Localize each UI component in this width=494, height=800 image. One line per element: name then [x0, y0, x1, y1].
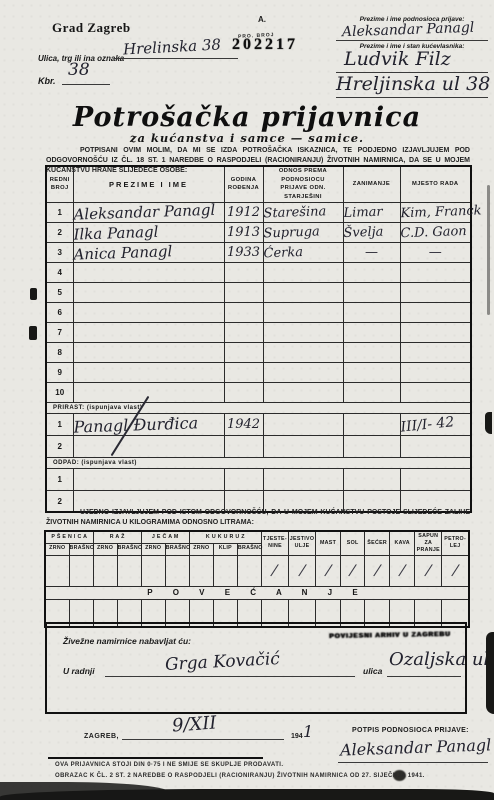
member-year-cell: 1912: [224, 202, 263, 222]
col-header-occupation: ZANIMANJE: [343, 166, 400, 202]
member-occupation-cell: [343, 342, 400, 362]
applicant-handwriting: Aleksandar Panagl: [342, 20, 475, 41]
increase-band: P O V E Ć A N J E: [45, 586, 469, 599]
member-workplace-cell: [400, 302, 471, 322]
group-kukuruz: K U K U R U Z: [189, 531, 261, 543]
sub-brasno: BRAŠNO: [237, 543, 261, 555]
group-psenica: P Š E N I C A: [45, 531, 93, 543]
city-heading: Grad Zagreb: [52, 20, 131, 36]
member-relation-cell: [263, 302, 343, 322]
supplies-intro-paragraph: UJEDNO IZJAVLJUJEM POD ISTOM ODGOVORNOŠĆ…: [46, 508, 470, 528]
member-relation-cell: [263, 262, 343, 282]
supply-cell: [93, 555, 117, 586]
members-header-row: REDNI BROJ PREZIME I IME GODINA ROĐENJA …: [46, 166, 471, 202]
prirast-name-cell: Panagl Đurđica: [73, 411, 225, 438]
sub-klip: KLIP: [213, 543, 237, 555]
row-number: 8: [46, 342, 73, 362]
prirast-occupation-cell: [343, 435, 400, 457]
odpad-row: 1: [46, 468, 471, 490]
supply-cell: /: [289, 555, 316, 586]
col-header-relation: ODNOS PREMA PODNOSIOCU PRIJAVE ODN. STAR…: [263, 166, 343, 202]
landlord-handwriting: Ludvik Filz: [344, 48, 451, 70]
member-name-cell: [73, 342, 224, 362]
supply-cell: /: [316, 555, 341, 586]
shop-street-label: ulica: [363, 666, 382, 676]
form-subtitle: za kućanstva i samce — samice.: [0, 131, 494, 145]
member-row: 9: [46, 362, 471, 382]
date-line: 9/XII: [122, 718, 284, 740]
street-handwriting: Hrelinska 38: [123, 35, 222, 58]
scan-artifact: [29, 326, 37, 340]
odpad-band: ODPAD: (ispunjava vlast): [46, 457, 471, 468]
prirast-name-cell: [73, 435, 224, 457]
sub-zrno: ZRNO: [189, 543, 213, 555]
supply-value: /: [374, 561, 381, 579]
member-year-cell: 1933: [224, 242, 263, 262]
member-workplace-cell: [400, 362, 471, 382]
col-header-number: REDNI BROJ: [46, 166, 73, 202]
member-workplace-cell: [400, 342, 471, 362]
row-number: 5: [46, 282, 73, 302]
group-raz: R A Ž: [93, 531, 141, 543]
fine-print-line1: OVA PRIJAVNICA STOJI DIN 0·75 I NE SMIJE…: [55, 760, 475, 771]
shop-field-label: U radnji: [63, 666, 95, 676]
form-page: Grad Zagreb Ulica, trg ili ina oznaka Hr…: [0, 0, 494, 800]
sub-zrno: ZRNO: [141, 543, 165, 555]
member-name-cell: [73, 382, 224, 402]
member-relation-cell: [263, 342, 343, 362]
street-line: Hrelinska 38: [115, 38, 238, 59]
member-row: 3 Anica Panagl 1933 Ćerka — —: [46, 242, 471, 262]
sub-zrno: ZRNO: [93, 543, 117, 555]
supply-cell: [213, 555, 237, 586]
row-number: 2: [46, 435, 73, 457]
member-relation-cell: [263, 282, 343, 302]
prirast-year-cell: [224, 435, 263, 457]
shop-intro: Živežne namirnice nabavljat ću:: [63, 636, 191, 646]
member-year-cell: [224, 342, 263, 362]
member-workplace-cell: [400, 322, 471, 342]
prirast-label: PRIRAST: (ispunjava vlast): [46, 402, 471, 413]
member-name-cell: [73, 362, 224, 382]
member-row: 6: [46, 302, 471, 322]
col-tjestenine: TJESTE- NINE: [261, 531, 288, 555]
member-year-cell: [224, 322, 263, 342]
supply-value: /: [452, 561, 459, 579]
signature-label: POTPIS PODNOSIOCA PRIJAVE:: [352, 727, 469, 734]
shop-street-line: Ozaljska ul 62: [387, 652, 461, 677]
member-year-cell: [224, 362, 263, 382]
supply-value: /: [325, 561, 332, 579]
member-occupation-cell: [343, 302, 400, 322]
odpad-entry-date-cell: [400, 468, 471, 490]
member-year-cell: 1913: [224, 222, 263, 242]
col-header-name: PREZIME I IME: [73, 166, 224, 202]
landlord-address-line: Hreljinska ul 38: [336, 73, 488, 98]
supplies-group-header-row: P Š E N I C A R A Ž J E Č A M K U K U R …: [45, 531, 469, 543]
scan-edge-bottom-left: [0, 782, 170, 800]
scan-artifact: [485, 412, 492, 434]
col-sapun: SAPUN ZA PRANJE: [415, 531, 442, 555]
col-header-workplace: MJESTO RADA: [400, 166, 471, 202]
supply-value: /: [425, 561, 432, 579]
row-number: 2: [46, 222, 73, 242]
odpad-year-cell: [224, 468, 263, 490]
supply-cell: /: [415, 555, 442, 586]
member-relation-cell: [263, 362, 343, 382]
serial-stamp-number: 202217: [232, 36, 298, 54]
supply-cell: /: [365, 555, 390, 586]
col-secer: ŠEĆER: [365, 531, 390, 555]
prirast-year-cell: 1942: [224, 413, 263, 435]
member-occupation-cell: [343, 322, 400, 342]
member-occupation-cell: [343, 382, 400, 402]
row-number: 4: [46, 262, 73, 282]
member-year-cell: [224, 382, 263, 402]
col-kava: KAVA: [390, 531, 415, 555]
signature-handwriting: Aleksandar Panagl: [340, 735, 492, 759]
member-workplace-cell: [400, 382, 471, 402]
member-workplace-cell: [400, 262, 471, 282]
supply-cell: /: [341, 555, 365, 586]
archive-stamp: POVIJESNI ARHIV U ZAGREBU: [329, 631, 451, 640]
supply-value: /: [272, 561, 279, 579]
row-number: 6: [46, 302, 73, 322]
supply-cell: [189, 555, 213, 586]
member-year-cell: [224, 302, 263, 322]
shop-street-handwriting: Ozaljska ul 62: [389, 649, 494, 670]
sub-zrno: ZRNO: [45, 543, 69, 555]
member-row: 8: [46, 342, 471, 362]
sub-brasno: BRAŠNO: [69, 543, 93, 555]
supply-cell: /: [390, 555, 415, 586]
col-mast: MAST: [316, 531, 341, 555]
supply-cell: [237, 555, 261, 586]
sub-brasno: BRAŠNO: [117, 543, 141, 555]
increase-label: P O V E Ć A N J E: [45, 586, 469, 599]
supply-cell: [141, 555, 165, 586]
member-name-cell: [73, 262, 224, 282]
odpad-occupation-cell: [343, 468, 400, 490]
fine-print: OVA PRIJAVNICA STOJI DIN 0·75 I NE SMIJE…: [55, 760, 475, 782]
member-occupation-cell: [343, 282, 400, 302]
prirast-relation-cell: [263, 435, 343, 457]
member-occupation-cell: —: [343, 242, 400, 262]
member-year-cell: [224, 282, 263, 302]
house-line: 38: [62, 62, 110, 85]
supply-cell: [165, 555, 189, 586]
house-label: Kbr.: [38, 76, 56, 86]
member-name-cell: Anica Panagl: [73, 240, 225, 265]
supply-cell: /: [442, 555, 469, 586]
member-occupation-cell: [343, 362, 400, 382]
supply-value: /: [399, 561, 406, 579]
section-letter: A.: [258, 15, 266, 24]
supply-value: /: [299, 561, 306, 579]
member-occupation-cell: Limar: [343, 201, 401, 223]
sub-brasno: BRAŠNO: [165, 543, 189, 555]
member-workplace-cell: —: [400, 242, 471, 262]
year-printed: 194: [291, 733, 303, 740]
member-workplace-cell: [400, 282, 471, 302]
member-row: 7: [46, 322, 471, 342]
shop-box: Živežne namirnice nabavljat ću: POVIJESN…: [45, 622, 467, 714]
col-sol: SOL: [341, 531, 365, 555]
supplies-table: P Š E N I C A R A Ž J E Č A M K U K U R …: [44, 530, 470, 628]
landlord-line: Ludvik Filz: [336, 50, 488, 73]
member-relation-cell: Ćerka: [263, 241, 344, 264]
member-occupation-cell: Švelja: [343, 221, 401, 243]
shop-line: Grga Kovačić: [105, 654, 355, 677]
supply-cell: [45, 555, 69, 586]
supply-cell: [69, 555, 93, 586]
member-name-cell: [73, 302, 224, 322]
member-row: 2 Ilka Panagl 1913 Supruga Švelja C.D. G…: [46, 222, 471, 242]
row-number: 1: [46, 468, 73, 490]
member-row: 10: [46, 382, 471, 402]
house-handwriting: 38: [68, 60, 90, 80]
row-number: 1: [46, 413, 73, 435]
scan-artifact: [486, 632, 494, 714]
footer-city-label: ZAGREB,: [84, 733, 119, 740]
member-relation-cell: [263, 322, 343, 342]
row-number: 1: [46, 202, 73, 222]
fineprint-rule: [48, 757, 263, 759]
member-row: 4: [46, 262, 471, 282]
row-number: 3: [46, 242, 73, 262]
members-table: REDNI BROJ PREZIME I IME GODINA ROĐENJA …: [45, 165, 472, 513]
member-year-cell: [224, 262, 263, 282]
member-row: 5: [46, 282, 471, 302]
supply-value: /: [349, 561, 356, 579]
prirast-relation-cell: [263, 413, 343, 435]
supply-cell: /: [261, 555, 288, 586]
col-jestivo-ulje: JESTIVO ULJE: [289, 531, 316, 555]
prirast-band: PRIRAST: (ispunjava vlast): [46, 402, 471, 413]
landlord-address-handwriting: Hreljinska ul 38: [336, 73, 490, 95]
odpad-name-cell: [73, 468, 224, 490]
row-number: 9: [46, 362, 73, 382]
col-petrolej: PETRO- LEJ: [442, 531, 469, 555]
odpad-label: ODPAD: (ispunjava vlast): [46, 457, 471, 468]
member-name-cell: [73, 282, 224, 302]
supply-cell: [117, 555, 141, 586]
year-handwriting: 1: [303, 722, 313, 741]
member-row: 1 Aleksandar Panagl 1912 Starešina Limar…: [46, 202, 471, 222]
member-workplace-cell: C.D. Gaon: [400, 221, 472, 243]
fine-print-line2: OBRAZAC K ČL. 2 ST. 2 NAREDBE O RASPODJE…: [55, 771, 475, 782]
header-right-block: Prezime i ime podnosioca prijave: Aleksa…: [336, 14, 488, 98]
supplies-value-row: / / / / / / / /: [45, 555, 469, 586]
row-number: 10: [46, 382, 73, 402]
form-title: Potrošačka prijavnica: [0, 102, 494, 133]
col-header-year: GODINA ROĐENJA: [224, 166, 263, 202]
row-number: 7: [46, 322, 73, 342]
member-relation-cell: [263, 382, 343, 402]
shop-handwriting: Grga Kovačić: [165, 649, 281, 675]
scan-artifact: [30, 288, 37, 300]
prirast-occupation-cell: [343, 413, 400, 435]
prirast-row: 1 Panagl Đurđica 1942 III/I- 42: [46, 413, 471, 435]
member-name-cell: [73, 322, 224, 342]
prirast-entry-date-cell: [400, 435, 471, 457]
member-occupation-cell: [343, 262, 400, 282]
scan-artifact: [487, 185, 490, 315]
date-handwriting: 9/XII: [171, 712, 217, 736]
applicant-line: Aleksandar Panagl: [336, 23, 488, 41]
group-jecam: J E Č A M: [141, 531, 189, 543]
odpad-relation-cell: [263, 468, 343, 490]
